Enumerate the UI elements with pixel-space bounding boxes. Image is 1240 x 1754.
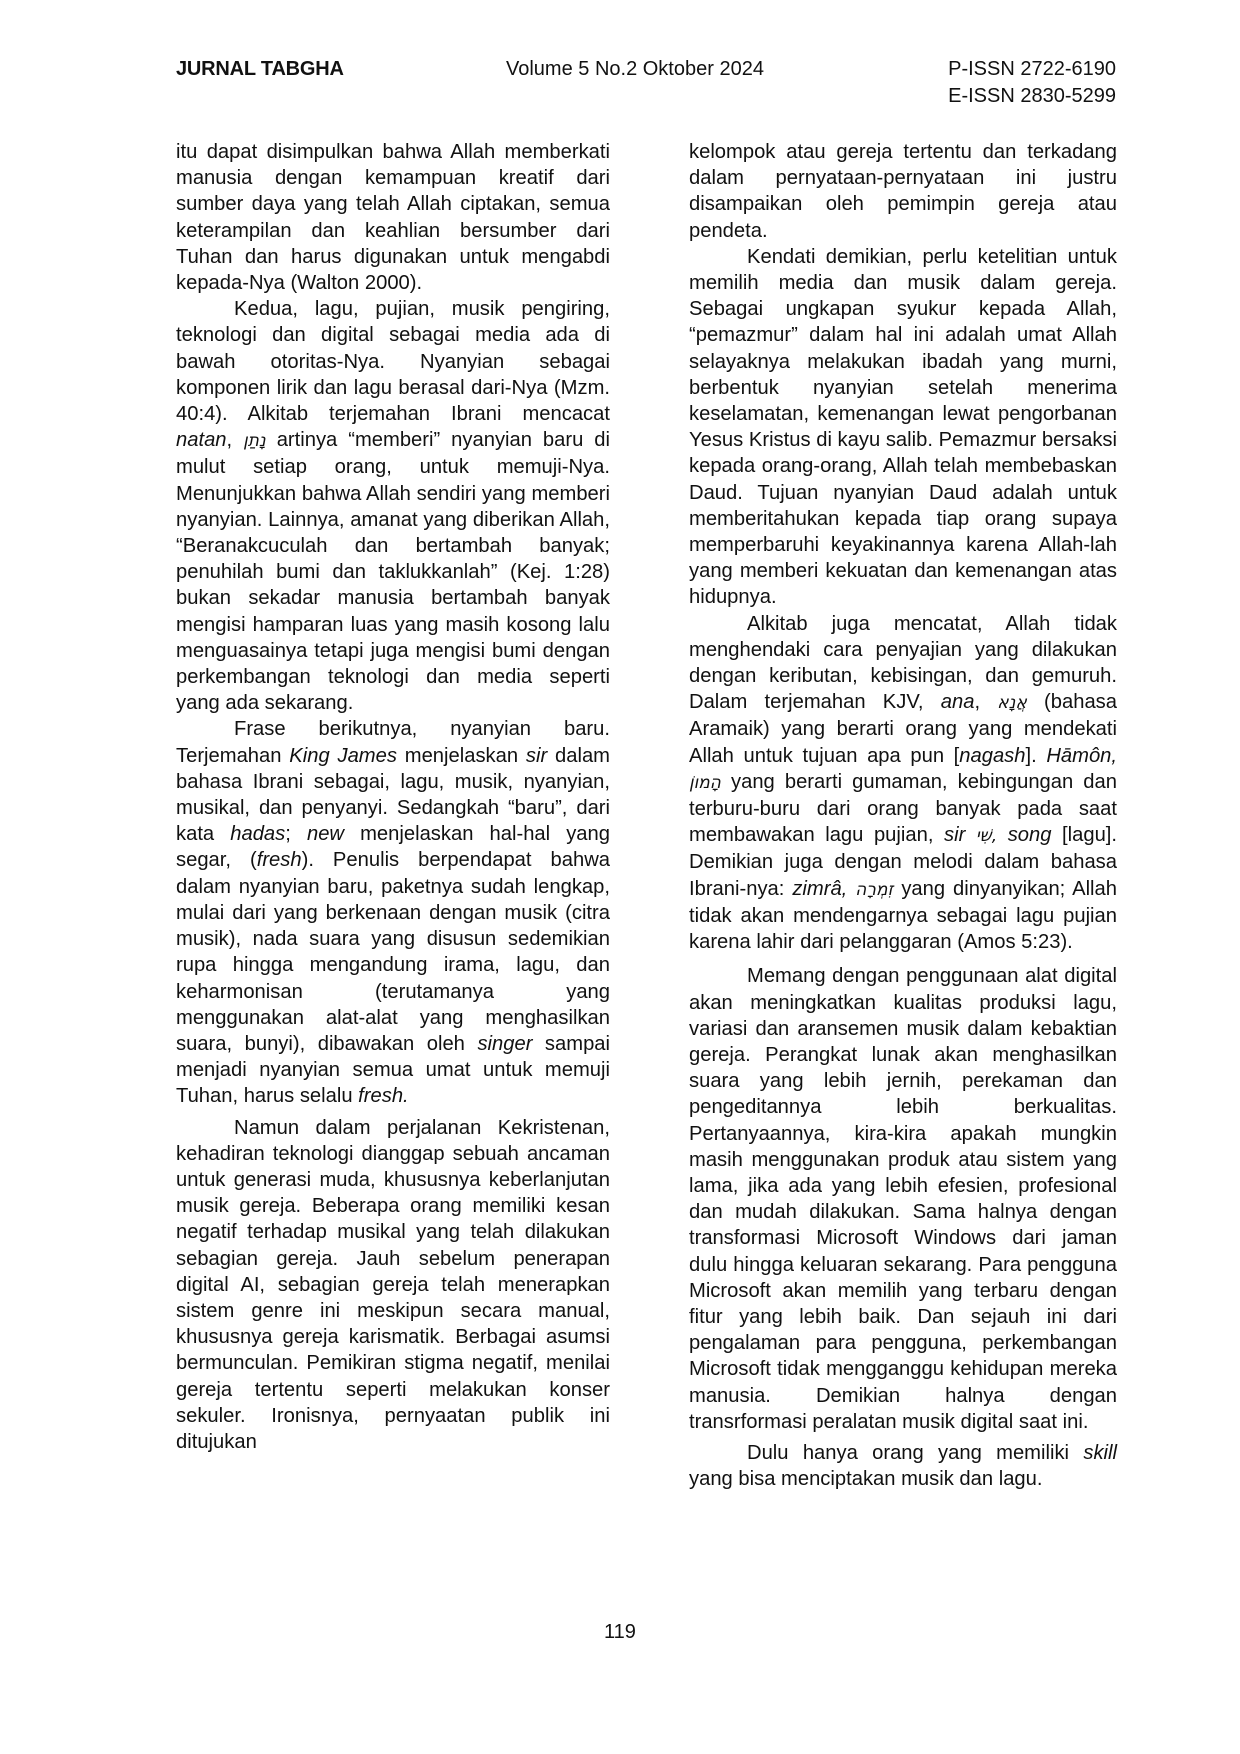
hebrew-term: אֲנָא: [997, 693, 1027, 713]
text-run: ].: [1026, 745, 1047, 767]
text-run: artinya “memberi” nyanyian baru di mulut…: [176, 429, 610, 714]
hebrew-term: נָתַן: [243, 431, 266, 451]
italic-term: nagash: [959, 745, 1025, 767]
text-run: menjelaskan: [397, 745, 526, 767]
text-run: ;: [285, 823, 307, 845]
italic-term: natan: [176, 429, 227, 451]
left-column: itu dapat disimpulkan bahwa Allah member…: [176, 139, 610, 1455]
italic-term: zimrâ,: [792, 878, 847, 900]
paragraph: kelompok atau gereja tertentu dan terkad…: [689, 139, 1117, 244]
page-number: 119: [0, 1621, 1240, 1644]
text-run: Kedua, lagu, pujian, musik pengiring, te…: [176, 298, 610, 425]
paragraph: Frase berikutnya, nyanyian baru. Terjema…: [176, 716, 610, 1109]
paragraph: Alkitab juga mencatat, Allah tidak mengh…: [689, 611, 1117, 956]
paragraph: Memang dengan penggunaan alat digital ak…: [689, 963, 1117, 1435]
journal-page: JURNAL TABGHA Volume 5 No.2 Oktober 2024…: [0, 0, 1240, 1754]
volume-issue: Volume 5 No.2 Oktober 2024: [506, 56, 764, 83]
running-header: JURNAL TABGHA Volume 5 No.2 Oktober 2024…: [176, 56, 1116, 116]
italic-term: ana: [941, 691, 975, 713]
hebrew-term: שִׁי,: [976, 826, 997, 846]
text-run: [965, 824, 976, 846]
e-issn: E-ISSN 2830-5299: [948, 83, 1116, 110]
italic-term: singer: [477, 1033, 532, 1055]
paragraph: Kedua, lagu, pujian, musik pengiring, te…: [176, 296, 610, 716]
text-run-plain: Dulu hanya orang yang memiliki: [747, 1442, 1083, 1464]
italic-term: sir: [944, 824, 965, 846]
paragraph: Dulu hanya orang yang memiliki skill yan…: [689, 1440, 1117, 1492]
text-run: yang bisa menciptakan musik dan lagu.: [689, 1468, 1043, 1490]
italic-term: Hāmôn,: [1046, 745, 1117, 767]
hebrew-term: זִמְרָה: [855, 880, 893, 900]
right-column: kelompok atau gereja tertentu dan terkad…: [689, 139, 1117, 1492]
italic-term: fresh: [257, 849, 302, 871]
italic-term: King James: [289, 745, 397, 767]
text-run: [997, 824, 1008, 846]
italic-term: hadas: [230, 823, 285, 845]
text-run: ,: [227, 429, 244, 451]
italic-term: skill: [1083, 1442, 1117, 1464]
italic-term: sir: [526, 745, 547, 767]
journal-name: JURNAL TABGHA: [176, 56, 344, 83]
italic-term: fresh.: [358, 1085, 409, 1107]
p-issn: P-ISSN 2722-6190: [948, 56, 1116, 83]
paragraph: itu dapat disimpulkan bahwa Allah member…: [176, 139, 610, 296]
issn-block: P-ISSN 2722-6190 E-ISSN 2830-5299: [948, 56, 1116, 110]
italic-term: new: [307, 823, 344, 845]
text-run: ). Penulis berpendapat bahwa dalam nyany…: [176, 849, 610, 1054]
italic-term: song: [1008, 824, 1052, 846]
paragraph: Kendati demikian, perlu ketelitian untuk…: [689, 244, 1117, 611]
hebrew-term: הָמוֹן: [689, 773, 721, 793]
paragraph: Namun dalam perjalanan Kekristenan, keha…: [176, 1115, 610, 1456]
text-run: ,: [974, 691, 997, 713]
